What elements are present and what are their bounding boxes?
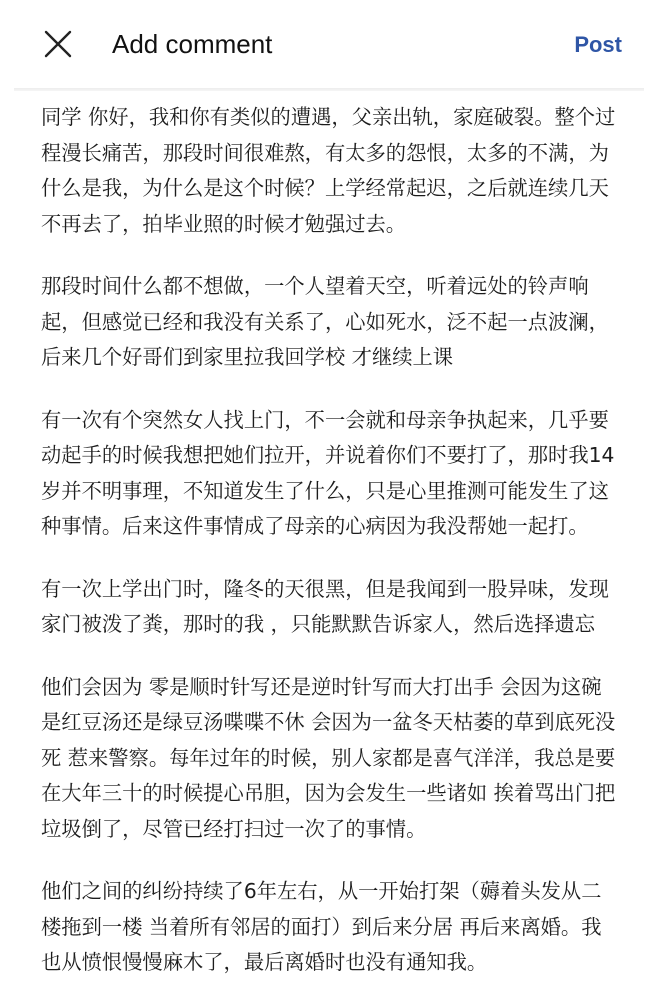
comment-paragraph: 他们之间的纠纷持续了6年左右，从一开始打架（薅着头发从二楼拖到一楼 当着所有邻居… <box>41 874 621 981</box>
top-bar: Add comment Post <box>0 0 659 88</box>
comment-text-area[interactable]: 同学 你好，我和你有类似的遭遇，父亲出轨，家庭破裂。整个过程漫长痛苦，那段时间很… <box>41 100 621 1000</box>
comment-paragraph: 有一次上学出门时，隆冬的天很黑，但是我闻到一股异味，发现家门被泼了粪，那时的我 … <box>41 572 621 643</box>
header-divider <box>14 88 644 91</box>
comment-paragraph: 同学 你好，我和你有类似的遭遇，父亲出轨，家庭破裂。整个过程漫长痛苦，那段时间很… <box>41 100 621 242</box>
page-title: Add comment <box>112 26 272 62</box>
close-icon <box>40 26 76 62</box>
comment-paragraph: 有一次有个突然女人找上门，不一会就和母亲争执起来，几乎要动起手的时候我想把她们拉… <box>41 403 621 545</box>
close-button[interactable] <box>40 26 76 62</box>
comment-paragraph: 那段时间什么都不想做，一个人望着天空，听着远处的铃声响起，但感觉已经和我没有关系… <box>41 269 621 376</box>
post-button[interactable]: Post <box>574 30 622 60</box>
comment-paragraph: 他们会因为 零是顺时针写还是逆时针写而大打出手 会因为这碗是红豆汤还是绿豆汤喋喋… <box>41 670 621 848</box>
